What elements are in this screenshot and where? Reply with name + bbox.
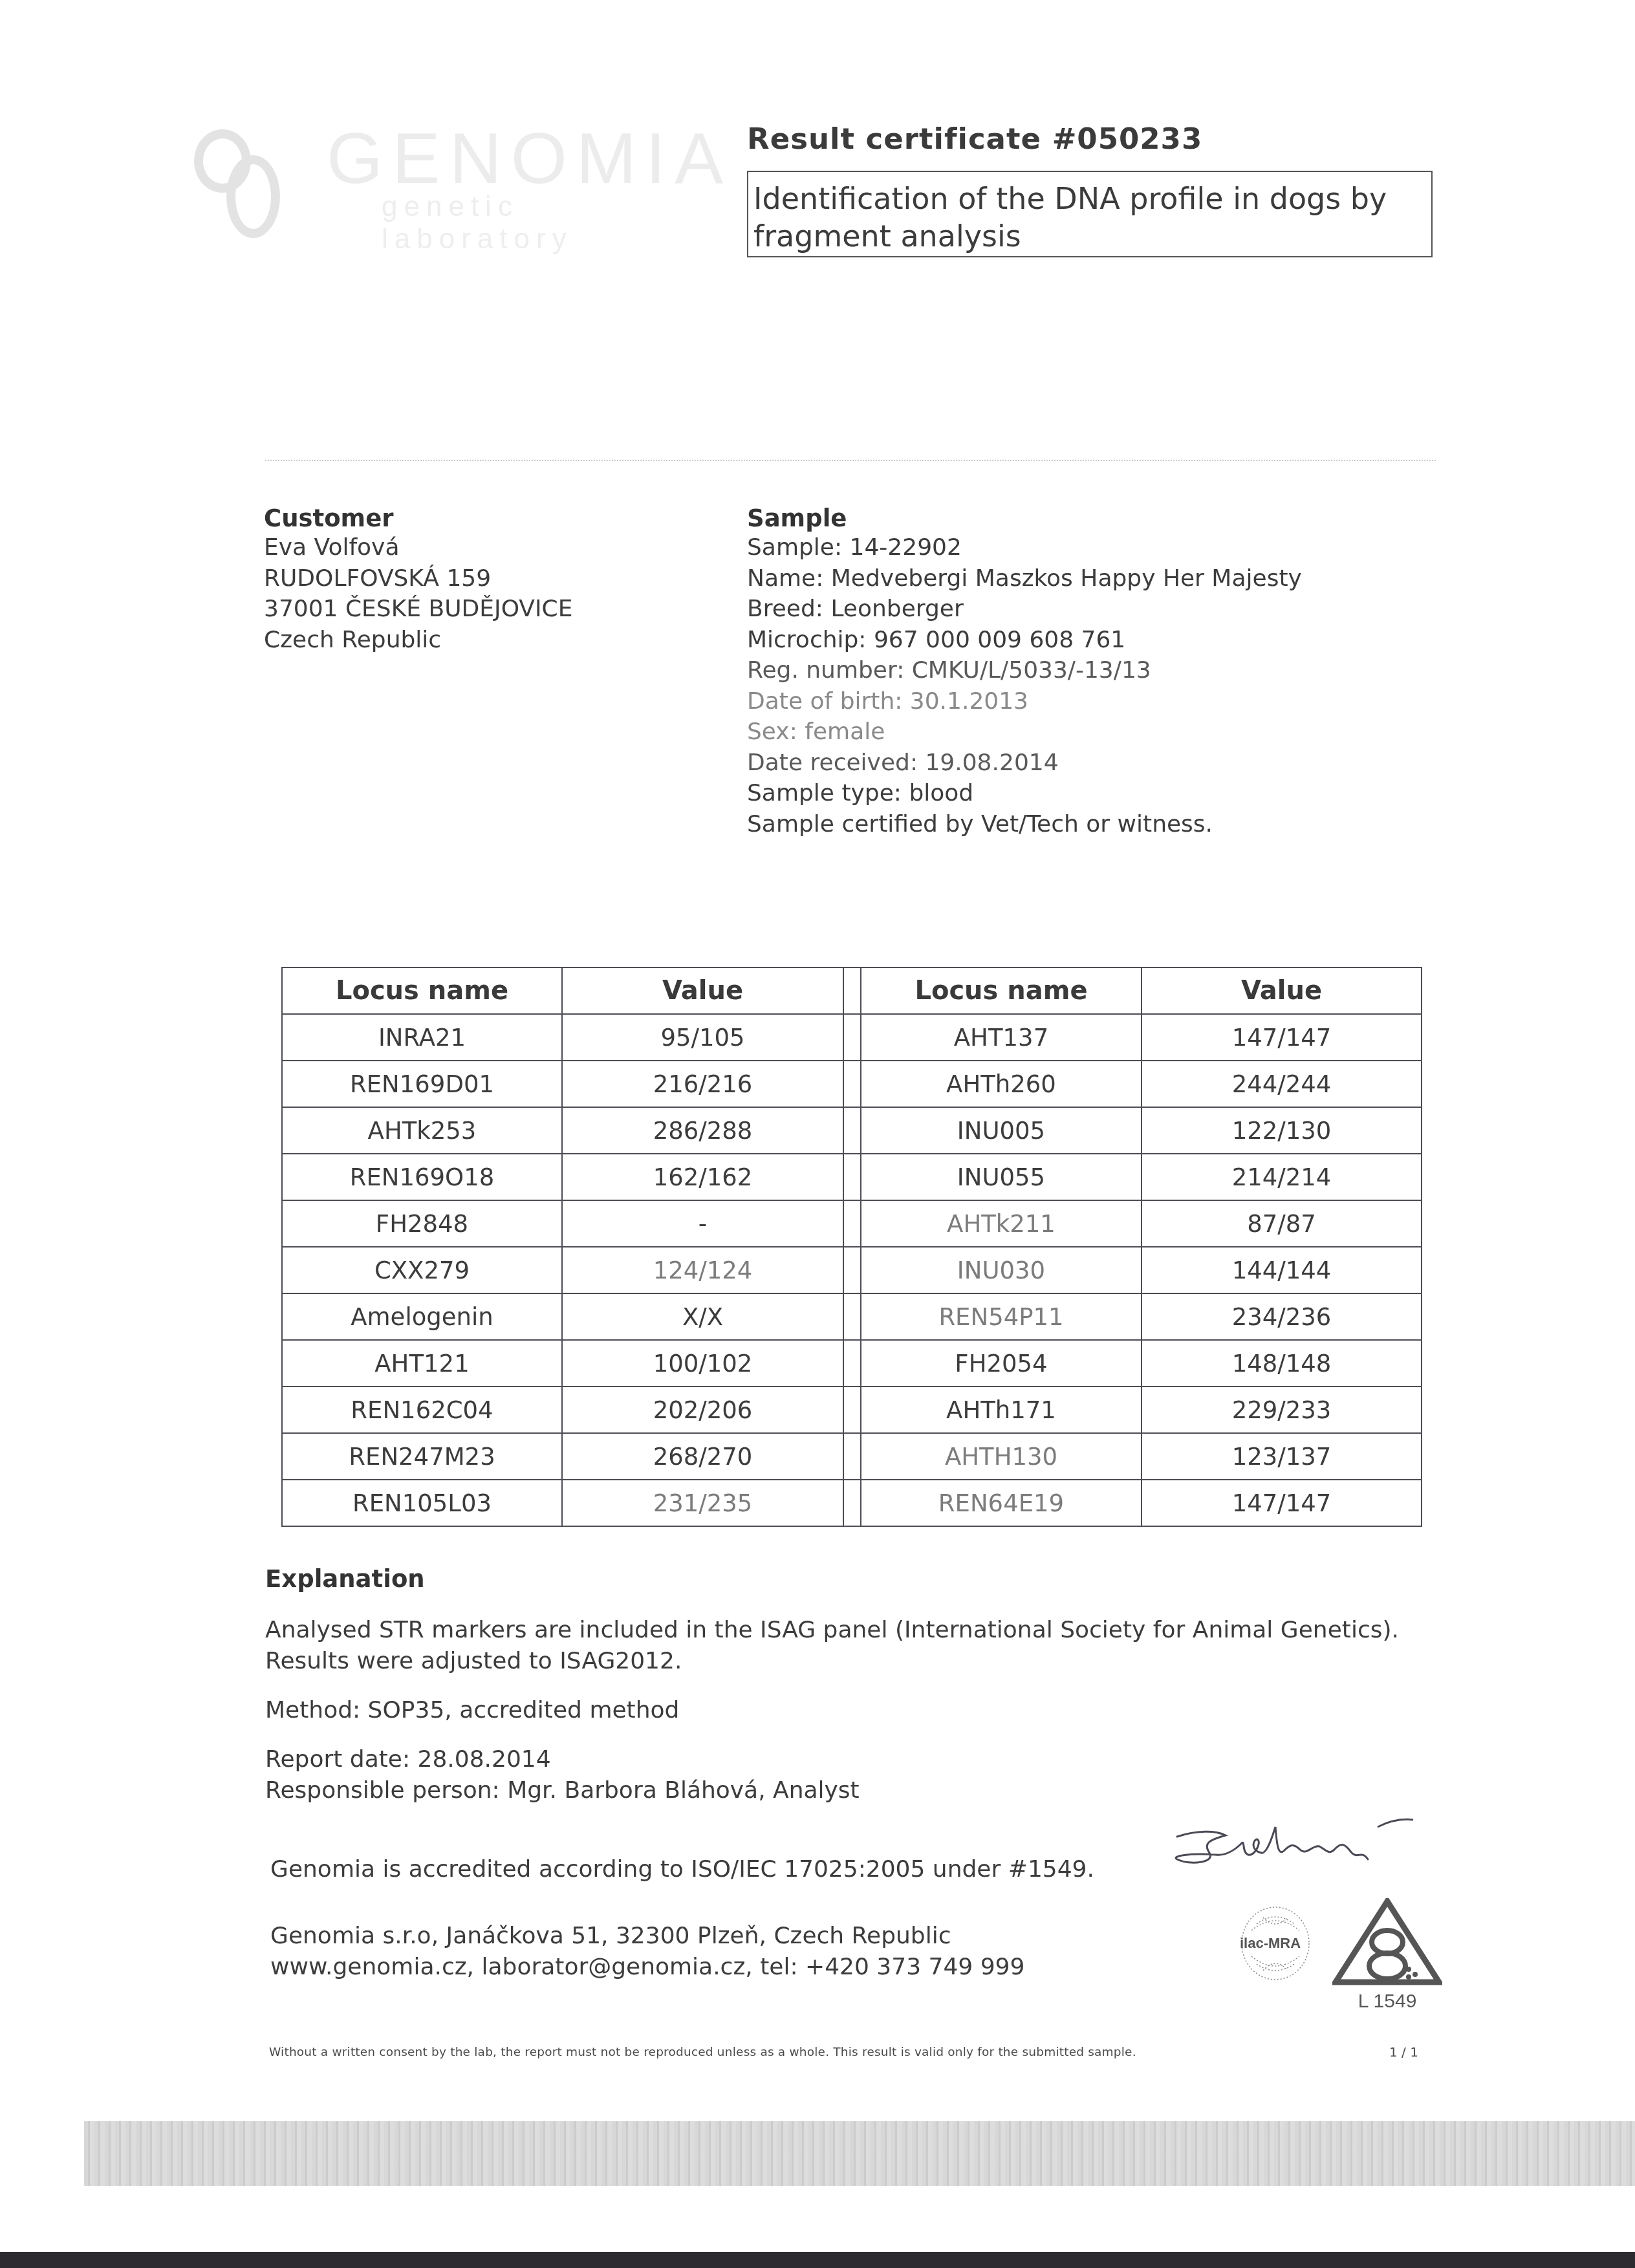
- sample-date-received: Date received: 19.08.2014: [747, 748, 1302, 779]
- logo-wordmark: GENOMIA: [327, 116, 732, 200]
- logo-circle-icon: [226, 155, 280, 238]
- ilac-mra-badge-icon: ilac-MRA: [1239, 1905, 1313, 1982]
- value-cell: 229/233: [1142, 1387, 1422, 1433]
- sample-block: Sample Sample: 14-22902 Name: Medvebergi…: [747, 504, 1302, 839]
- explanation-text: Results were adjusted to ISAG2012.: [265, 1646, 1494, 1677]
- column-header: Value: [562, 967, 843, 1014]
- section-divider: [265, 460, 1436, 461]
- company-address: Genomia s.r.o, Janáčkova 51, 32300 Plzeň…: [270, 1921, 1024, 1983]
- value-cell: -: [562, 1200, 843, 1247]
- locus-name-cell: INU030: [861, 1247, 1142, 1293]
- value-cell: 244/244: [1142, 1061, 1422, 1107]
- column-header: Locus name: [861, 967, 1142, 1014]
- locus-name-cell: CXX279: [282, 1247, 562, 1293]
- svg-text:ilac-MRA: ilac-MRA: [1240, 1935, 1301, 1951]
- column-gap: [843, 1433, 861, 1480]
- test-title-line: fragment analysis: [753, 217, 1426, 255]
- sample-sex: Sex: female: [747, 717, 1302, 748]
- column-header: Value: [1142, 967, 1422, 1014]
- table-row: REN169O18162/162INU055214/214: [282, 1154, 1422, 1200]
- value-cell: 87/87: [1142, 1200, 1422, 1247]
- table-header-row: Locus name Value Locus name Value: [282, 967, 1422, 1014]
- column-gap: [843, 1387, 861, 1433]
- table-row: REN105L03231/235REN64E19147/147: [282, 1480, 1422, 1526]
- table-row: AmelogeninX/XREN54P11234/236: [282, 1293, 1422, 1340]
- accreditation-statement: Genomia is accredited according to ISO/I…: [270, 1856, 1094, 1883]
- explanation-heading: Explanation: [265, 1565, 1494, 1593]
- value-cell: 122/130: [1142, 1107, 1422, 1154]
- column-gap: [843, 1480, 861, 1526]
- cai-accreditation-badge: L 1549: [1332, 1898, 1442, 2014]
- sample-id: Sample: 14-22902: [747, 532, 1302, 563]
- cai-triangle-icon: [1332, 1898, 1442, 1985]
- locus-name-cell: AHTh171: [861, 1387, 1142, 1433]
- loci-table: Locus name Value Locus name Value INRA21…: [281, 967, 1422, 1527]
- value-cell: 162/162: [562, 1154, 843, 1200]
- table-row: INRA2195/105AHT137147/147: [282, 1014, 1422, 1061]
- locus-name-cell: REN247M23: [282, 1433, 562, 1480]
- value-cell: 147/147: [1142, 1014, 1422, 1061]
- column-gap: [843, 1061, 861, 1107]
- customer-block: Customer Eva Volfová RUDOLFOVSKÁ 159 370…: [264, 504, 572, 655]
- cai-label: L 1549: [1332, 1991, 1442, 2013]
- value-cell: X/X: [562, 1293, 843, 1340]
- locus-name-cell: REN54P11: [861, 1293, 1142, 1340]
- locus-name-cell: REN64E19: [861, 1480, 1142, 1526]
- value-cell: 216/216: [562, 1061, 843, 1107]
- table-row: REN169D01216/216AHTh260244/244: [282, 1061, 1422, 1107]
- locus-name-cell: REN105L03: [282, 1480, 562, 1526]
- locus-name-cell: FH2848: [282, 1200, 562, 1247]
- value-cell: 286/288: [562, 1107, 843, 1154]
- column-gap: [843, 1200, 861, 1247]
- value-cell: 144/144: [1142, 1247, 1422, 1293]
- locus-name-cell: INRA21: [282, 1014, 562, 1061]
- table-row: REN247M23268/270AHTH130123/137: [282, 1433, 1422, 1480]
- explanation-text: Analysed STR markers are included in the…: [265, 1615, 1494, 1646]
- locus-name-cell: REN162C04: [282, 1387, 562, 1433]
- locus-name-cell: REN169D01: [282, 1061, 562, 1107]
- method-text: Method: SOP35, accredited method: [265, 1695, 1494, 1726]
- column-gap: [843, 1014, 861, 1061]
- value-cell: 124/124: [562, 1247, 843, 1293]
- table-row: AHTk253286/288INU005122/130: [282, 1107, 1422, 1154]
- locus-name-cell: AHTH130: [861, 1433, 1142, 1480]
- locus-name-cell: FH2054: [861, 1340, 1142, 1387]
- customer-line: Czech Republic: [264, 625, 572, 656]
- scanner-artifact-band: [84, 2121, 1635, 2186]
- value-cell: 214/214: [1142, 1154, 1422, 1200]
- locus-name-cell: INU055: [861, 1154, 1142, 1200]
- column-gap: [843, 1293, 861, 1340]
- sample-type: Sample type: blood: [747, 778, 1302, 809]
- column-gap: [843, 1340, 861, 1387]
- column-header: Locus name: [282, 967, 562, 1014]
- sample-reg-number: Reg. number: CMKU/L/5033/-13/13: [747, 655, 1302, 686]
- customer-heading: Customer: [264, 504, 572, 532]
- value-cell: 100/102: [562, 1340, 843, 1387]
- locus-name-cell: Amelogenin: [282, 1293, 562, 1340]
- value-cell: 231/235: [562, 1480, 843, 1526]
- table-row: FH2848-AHTk21187/87: [282, 1200, 1422, 1247]
- locus-name-cell: INU005: [861, 1107, 1142, 1154]
- column-gap: [843, 1247, 861, 1293]
- genomia-logo: GENOMIA genetic laboratory: [188, 110, 718, 252]
- loci-table-body: INRA2195/105AHT137147/147REN169D01216/21…: [282, 1014, 1422, 1526]
- scanner-edge: [0, 2252, 1635, 2268]
- locus-name-cell: REN169O18: [282, 1154, 562, 1200]
- contact-line: www.genomia.cz, laborator@genomia.cz, te…: [270, 1952, 1024, 1983]
- customer-line: 37001 ČESKÉ BUDĚJOVICE: [264, 594, 572, 625]
- locus-name-cell: AHTh260: [861, 1061, 1142, 1107]
- sample-date-of-birth: Date of birth: 30.1.2013: [747, 686, 1302, 717]
- value-cell: 202/206: [562, 1387, 843, 1433]
- explanation-section: Explanation Analysed STR markers are inc…: [265, 1565, 1494, 1806]
- footer-disclaimer: Without a written consent by the lab, th…: [269, 2046, 1136, 2059]
- test-title-box: Identification of the DNA profile in dog…: [747, 171, 1433, 257]
- sample-certified: Sample certified by Vet/Tech or witness.: [747, 809, 1302, 840]
- table-row: AHT121100/102FH2054148/148: [282, 1340, 1422, 1387]
- table-row: REN162C04202/206AHTh171229/233: [282, 1387, 1422, 1433]
- value-cell: 95/105: [562, 1014, 843, 1061]
- column-gap: [843, 1154, 861, 1200]
- value-cell: 123/137: [1142, 1433, 1422, 1480]
- customer-line: Eva Volfová: [264, 532, 572, 563]
- value-cell: 147/147: [1142, 1480, 1422, 1526]
- signature-icon: Bláhová: [1164, 1804, 1436, 1875]
- column-gap: [843, 1107, 861, 1154]
- test-title-line: Identification of the DNA profile in dog…: [753, 180, 1426, 217]
- customer-line: RUDOLFOVSKÁ 159: [264, 563, 572, 594]
- certificate-title: Result certificate #050233: [747, 122, 1202, 156]
- sample-heading: Sample: [747, 504, 1302, 532]
- report-date: Report date: 28.08.2014: [265, 1744, 1494, 1775]
- table-row: CXX279124/124INU030144/144: [282, 1247, 1422, 1293]
- sample-name: Name: Medvebergi Maszkos Happy Her Majes…: [747, 563, 1302, 594]
- value-cell: 268/270: [562, 1433, 843, 1480]
- column-gap: [843, 967, 861, 1014]
- locus-name-cell: AHT137: [861, 1014, 1142, 1061]
- sample-microchip: Microchip: 967 000 009 608 761: [747, 625, 1302, 656]
- locus-name-cell: AHT121: [282, 1340, 562, 1387]
- value-cell: 148/148: [1142, 1340, 1422, 1387]
- value-cell: 234/236: [1142, 1293, 1422, 1340]
- address-line: Genomia s.r.o, Janáčkova 51, 32300 Plzeň…: [270, 1921, 1024, 1952]
- responsible-person: Responsible person: Mgr. Barbora Bláhová…: [265, 1775, 1494, 1806]
- locus-name-cell: AHTk253: [282, 1107, 562, 1154]
- page-number: 1 / 1: [1389, 2044, 1418, 2060]
- sample-breed: Breed: Leonberger: [747, 594, 1302, 625]
- locus-name-cell: AHTk211: [861, 1200, 1142, 1247]
- logo-tagline: genetic laboratory: [382, 191, 718, 255]
